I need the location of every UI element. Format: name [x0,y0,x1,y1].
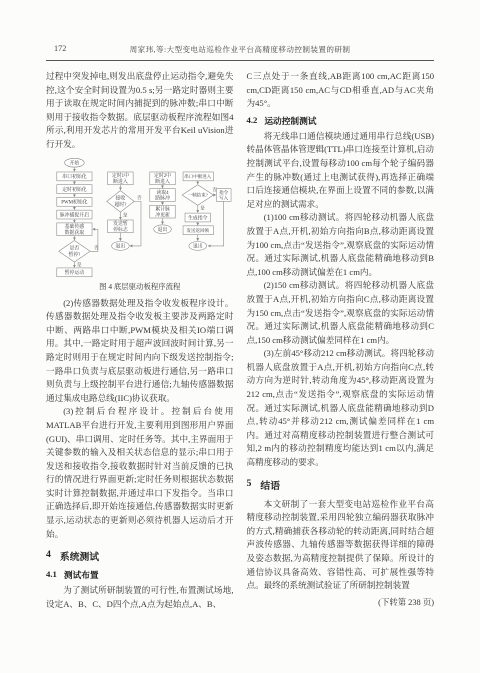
svg-text:PWM初始化: PWM初始化 [61,198,87,205]
page-header: 172 周家玮,等:大型变电站巡检作业平台高精度移动控制装置的研制 [46,44,434,57]
svg-text:定时1中: 定时1中 [112,172,129,179]
paragraph-test-100cm: (1)100 cm移动测试。将四轮移动机器人底盘放置于A点,开机,初始方向指向B… [247,211,435,279]
section-title: 结语 [260,478,280,492]
svg-text:暂停?: 暂停? [68,250,80,257]
paragraph-backend-design: (3)控制后台程序设计。控制后台使用MATLAB平台进行开发,主要利用到图形用户… [46,405,234,541]
left-column: 过程中突发掉电,则发出底盘停止运动指令,避免失控,这个安全时间设置为0.5 s;… [46,70,234,611]
paragraph-test-setup-cont: C三点处于一条直线,AB距离100 cm,AC距离150 cm,CD距离150 … [247,70,435,111]
continuation-note: (下转第 238 页) [247,596,435,608]
svg-text:断进入: 断进入 [155,178,170,185]
flow-node-exit-b: 退出 [111,241,129,250]
flow-node-timer2-isr: 定时2中 断进入 [150,172,175,185]
subsection-number: 4.2 [247,115,258,127]
paragraph-driver-board: 过程中突发掉电,则发出底盘停止运动指令,避免失控,这个安全时间设置为0.5 s;… [46,70,234,152]
svg-text:是否: 是否 [69,244,79,251]
svg-text:基础传感: 基础传感 [64,223,84,230]
flow-decision-frame-end: 一帧结束? 否 是 [182,184,217,211]
section-number: 5 [247,478,252,492]
section-number: 4 [46,549,51,563]
paragraph-conclusion: 本文研制了一套大型变电站巡检作业平台高精度移动控制装置,采用四轮独立编码器获取脉… [247,498,435,593]
flow-node-write-command: 指令 写入 [216,188,231,201]
paragraph-test-212cm: (3)左前45°移动212 cm移动测试。将四轮移动机器人底盘放置于A点,开机,… [247,347,435,469]
flow-node-pause-motion: 暂停运动 [57,267,92,276]
svg-text:发送暂: 发送暂 [113,220,128,227]
flow-node-uart-init: 串口初始化 [57,172,92,181]
svg-text:串口初始化: 串口初始化 [62,173,86,180]
subsection-heading-4-1: 4.1 测试布置 [46,569,234,581]
flow-node-send-return-frame: 发送返回帧 [183,225,213,234]
subsection-title: 运动控制测试 [264,115,316,127]
paragraph-test-setup: 为了测试所研制装置的可行性,布置测试场地,设定A、B、C、D四个点,A点为起始点… [46,584,234,611]
svg-text:发送返回帧: 发送返回帧 [186,227,209,234]
flowchart-figure: 开始 串口初始化 定时初始化 PWM初始化 [47,156,233,280]
paragraph-motion-test-intro: 将无线串口通信模块通过通用串行总线(USB)转晶体管晶体管逻辑(TTL)串口连接… [247,130,435,212]
paper-page: 172 周家玮,等:大型变电站巡检作业平台高精度移动控制装置的研制 过程中突发掉… [0,0,480,673]
svg-text:生成指令: 生成指令 [188,214,208,221]
svg-text:停标志: 停标志 [113,226,128,233]
svg-text:退出: 退出 [193,242,203,249]
section-title: 系统测试 [60,549,99,563]
paragraph-test-150cm: (2)150 cm移动测试。将四轮移动机器人底盘放置于A点,开机,初始方向指向C… [247,279,435,347]
subsection-title: 测试布置 [64,569,99,581]
svg-text:脉冲捕捉开启: 脉冲捕捉开启 [60,211,89,218]
subsection-heading-4-2: 4.2 运动控制测试 [247,115,435,127]
svg-text:定时2中: 定时2中 [154,172,171,179]
svg-text:断进入: 断进入 [113,178,128,185]
svg-text:写入: 写入 [219,194,228,201]
svg-text:路脉冲: 路脉冲 [155,194,170,201]
flow-node-start: 开始 [64,158,84,167]
svg-text:是: 是 [200,204,205,211]
flow-node-timer1-isr: 定时1中 断进入 [107,172,132,185]
svg-text:超时?: 超时? [114,200,126,207]
flow-decision-paused: 是否 暂停? 否 是 [58,240,98,267]
section-heading-5: 5 结语 [247,478,435,492]
svg-text:冲更新: 冲更新 [155,211,170,218]
svg-text:串口中断进入: 串口中断进入 [184,173,211,180]
running-title: 周家玮,等:大型变电站巡检作业平台高精度移动控制装置的研制 [46,44,434,55]
figure-4: 开始 串口初始化 定时初始化 PWM初始化 [46,156,234,292]
svg-text:累计脉: 累计脉 [155,205,170,212]
flow-node-exit-d: 退出 [189,241,207,250]
flow-node-pwm-init: PWM初始化 [57,197,92,206]
svg-text:是: 是 [123,211,128,218]
flow-node-sensor-data: 基础传感 数据获取 [57,222,92,235]
flow-node-uart-isr: 串口中断进入 [183,172,213,181]
svg-text:读取4: 读取4 [156,188,169,195]
flow-node-pulse-capture: 脉冲捕捉开启 [57,210,92,219]
svg-text:接收: 接收 [115,194,125,201]
two-column-body: 过程中突发掉电,则发出底盘停止运动指令,避免失控,这个安全时间设置为0.5 s;… [46,70,434,611]
right-column: C三点处于一条直线,AB距离100 cm,AC距离150 cm,CD距离150 … [247,70,435,611]
paragraph-sensor-board: (2)传感器数据处理及指令收发板程序设计。传感器数据处理及指令收发板主要涉及两路… [46,297,234,406]
svg-text:一帧结束?: 一帧结束? [188,191,208,198]
svg-text:数据获取: 数据获取 [64,229,84,236]
flow-node-generate-command: 生成指令 [185,213,210,222]
subsection-number: 4.1 [46,569,57,581]
svg-text:开始: 开始 [69,159,79,166]
svg-text:暂停运动: 暂停运动 [64,269,84,276]
flow-node-accumulate-pulses: 累计脉 冲更新 [150,205,175,218]
svg-text:否: 否 [94,243,99,250]
svg-text:退出: 退出 [157,225,167,232]
flow-node-read-pulses: 读取4 路脉冲 [150,188,175,201]
flow-node-timer-init: 定时初始化 [57,184,92,193]
svg-text:是: 是 [77,261,82,268]
svg-text:定时初始化: 定时初始化 [62,185,86,192]
flow-decision-rx-timeout: 接收 超时? 否 是 [106,190,141,218]
page-number: 172 [54,44,66,53]
flow-node-exit-c: 退出 [153,224,171,233]
flow-node-send-pause-flag: 发送暂 停标志 [107,220,132,233]
svg-text:退出: 退出 [115,242,125,249]
figure-caption: 图 4 底层驱动板程序流程 [46,281,234,292]
section-heading-4: 4 系统测试 [46,549,234,563]
header-rule [46,60,434,61]
svg-text:否: 否 [137,193,142,200]
